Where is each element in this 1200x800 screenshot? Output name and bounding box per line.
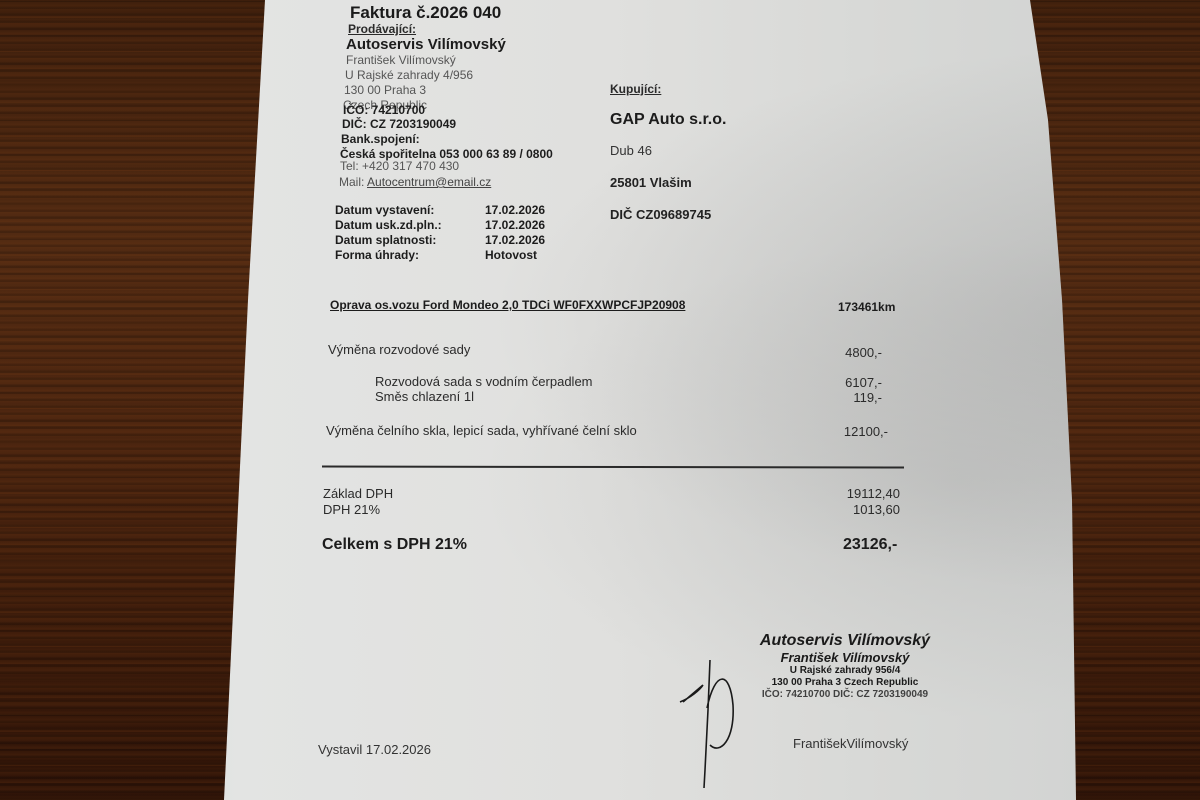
seller-person: František Vilímovský — [346, 53, 456, 67]
seller-bank-heading: Bank.spojení: — [341, 132, 420, 146]
buyer-street: Dub 46 — [610, 143, 652, 158]
signature-name: FrantišekVilímovský — [793, 736, 908, 751]
line-item-label: Rozvodová sada s vodním čerpadlem — [375, 374, 593, 389]
total-label: Celkem s DPH 21% — [322, 536, 467, 554]
issued-by: Vystavil 17.02.2026 — [318, 742, 431, 757]
buyer-company: GAP Auto s.r.o. — [610, 111, 726, 129]
vat-base-label: Základ DPH — [323, 486, 393, 501]
stamp-company: Autoservis Vilímovský — [745, 632, 945, 650]
buyer-city: 25801 Vlašim — [610, 175, 692, 190]
invoice-dates: Datum vystavení:17.02.2026 Datum usk.zd.… — [335, 203, 545, 263]
line-item-amount: 4800,- — [792, 345, 882, 360]
vat-base-value: 19112,40 — [810, 486, 900, 501]
seller-mail-label: Mail: — [339, 175, 364, 189]
seller-mail-link[interactable]: Autocentrum@email.cz — [367, 175, 491, 189]
stamp-city: 130 00 Praha 3 Czech Republic — [745, 677, 945, 689]
vehicle-mileage: 173461km — [838, 300, 895, 314]
vat-label: DPH 21% — [323, 502, 380, 517]
seller-city: 130 00 Praha 3 — [344, 83, 426, 97]
totals-divider — [322, 465, 904, 468]
date-row-due: Datum splatnosti:17.02.2026 — [335, 233, 545, 248]
buyer-heading: Kupující: — [610, 82, 661, 96]
date-row-payment: Forma úhrady:Hotovost — [335, 248, 545, 263]
line-item-label: Směs chlazení 1l — [375, 389, 474, 404]
stamp-person: František Vilímovský — [745, 650, 945, 665]
line-item-amount: 119,- — [792, 390, 882, 405]
handwritten-signature-icon — [675, 660, 745, 790]
seller-street: U Rajské zahrady 4/956 — [345, 68, 473, 82]
total-value: 23126,- — [843, 536, 897, 554]
vat-value: 1013,60 — [810, 502, 900, 517]
line-item-amount: 12100,- — [798, 424, 888, 439]
seller-company: Autoservis Vilímovský — [346, 36, 506, 53]
invoice-document: Faktura č.2026 040 Prodávající: Autoserv… — [0, 0, 1200, 800]
date-row-taxable: Datum usk.zd.pln.:17.02.2026 — [335, 218, 545, 233]
company-stamp: Autoservis Vilímovský František Vilímovs… — [745, 632, 945, 701]
stamp-street: U Rajské zahrady 956/4 — [745, 665, 945, 677]
seller-dic: DIČ: CZ 7203190049 — [342, 117, 456, 131]
invoice-title: Faktura č.2026 040 — [350, 3, 501, 23]
buyer-dic: DIČ CZ09689745 — [610, 207, 711, 222]
seller-tel: Tel: +420 317 470 430 — [340, 159, 459, 173]
line-item-label: Výměna rozvodové sady — [328, 342, 470, 357]
repair-subject: Oprava os.vozu Ford Mondeo 2,0 TDCi WF0F… — [330, 298, 685, 312]
seller-mail-row: Mail: Autocentrum@email.cz — [339, 175, 491, 189]
line-item-amount: 6107,- — [792, 375, 882, 390]
seller-heading: Prodávající: — [348, 22, 416, 36]
seller-ico: IČO: 74210700 — [343, 103, 425, 117]
stamp-ids: IČO: 74210700 DIČ: CZ 7203190049 — [745, 689, 945, 701]
date-row-issued: Datum vystavení:17.02.2026 — [335, 203, 545, 218]
line-item-label: Výměna čelního skla, lepicí sada, vyhřív… — [326, 423, 637, 438]
